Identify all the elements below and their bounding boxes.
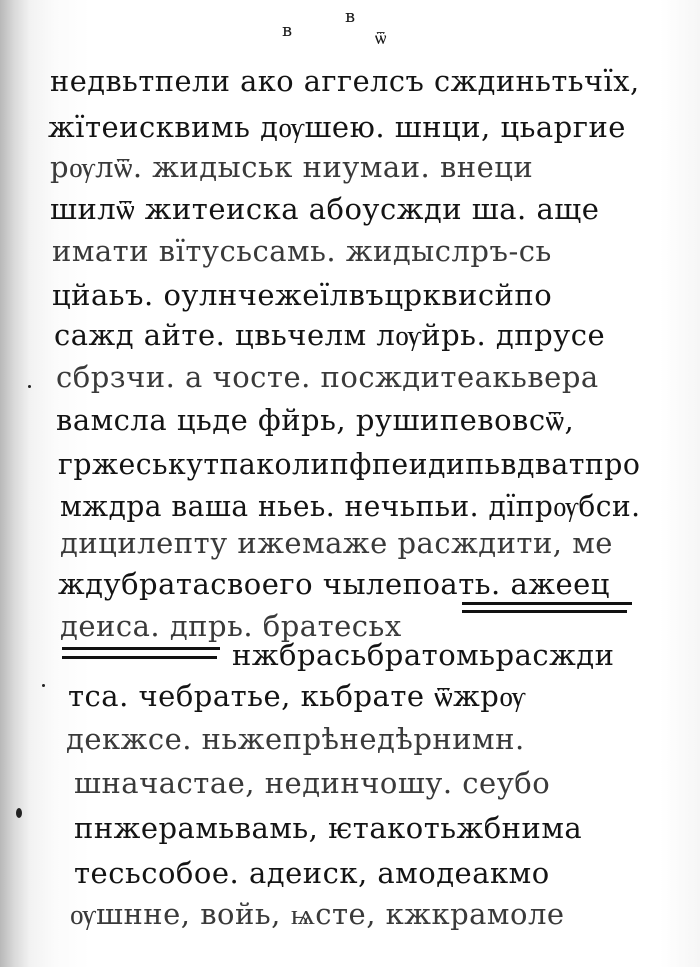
ink-speck (28, 385, 31, 388)
text-line-5: имати вїтусьсамь. жидыслръ-сь (52, 234, 552, 268)
superscript-mark: в (345, 6, 355, 27)
text-line-20: тесьсобое. адеиск, амодеакмо (74, 856, 550, 890)
text-line-7: сажд айте. цвьчелм лѹйрь. дпрусе (54, 318, 605, 353)
text-line-21: ѹшнне, войь, ѩсте, кжкрамоле (70, 897, 565, 932)
text-line-16: тса. чебратье, кьбрате ѿжрѹ (68, 679, 525, 714)
text-line-18: шначастае, нединчошу. сеубо (74, 766, 550, 800)
text-line-1: недвьтпели ако аггелсъ сждиньтьчїх, (50, 64, 640, 98)
text-line-6: цйаьъ. оулнчежеїлвъцрквисйпо (52, 278, 552, 312)
ink-speck (42, 684, 45, 687)
text-line-10: гржеськутпаколипфпеидипьвдватпро (58, 447, 640, 481)
strikethrough-mark (62, 656, 217, 659)
strikethrough-mark (462, 610, 627, 613)
strikethrough-mark (62, 647, 220, 650)
text-line-19: пнжерамьвамь, ѥтакотьжбнима (74, 811, 582, 845)
text-line-4: шилѿ житеиска абоусжди ша. аще (50, 192, 599, 227)
text-line-3: рѹлѿ. жидыськ ниумаи. внеци (50, 150, 533, 185)
manuscript-page: в в ѿ недвьтпели ако аггелсъ сждиньтьчїх… (0, 0, 700, 967)
text-line-8: сбрзчи. а чосте. посждитеакьвера (56, 360, 599, 394)
text-line-11: мждра ваша ньеь. нечьпьи. дїпрѹбси. (60, 489, 641, 524)
text-line-13: ждубратасвоего чылепоать. ажеец (58, 567, 610, 601)
text-line-2: жїтеисквимь дѹшею. шнци, цьаргие (48, 110, 626, 145)
text-line-9: вамсла цьде фйрь, рушипевовсѿ, (56, 403, 574, 438)
superscript-mark: ѿ (375, 28, 386, 49)
superscript-mark: в (282, 20, 292, 41)
ink-speck (16, 808, 22, 818)
text-line-12: дицилепту ижемаже расждити, ме (60, 526, 613, 560)
text-line-15: нжбрасьбратомьрасжди (232, 638, 614, 672)
strikethrough-mark (462, 602, 632, 605)
text-line-17: декжсе. ньжепрѣнедѣрнимн. (66, 722, 525, 756)
